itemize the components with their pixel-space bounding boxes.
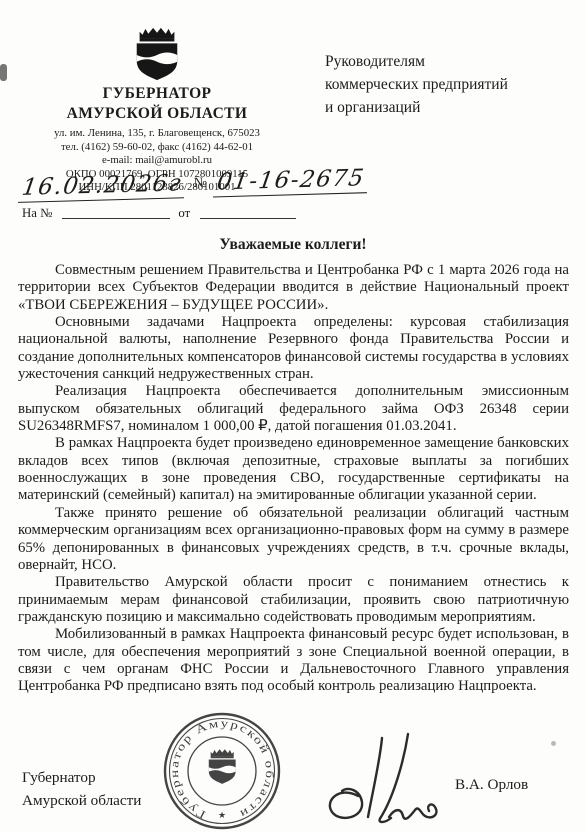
recipient-block: Руководителям коммерческих предприятий и… — [325, 50, 508, 119]
recipient-line: коммерческих предприятий — [325, 73, 508, 96]
official-stamp-icon: Губернатор Амурской области ★ — [156, 708, 288, 832]
salutation: Уважаемые коллеги! — [0, 236, 586, 254]
scanned-letter-page: ГУБЕРНАТОР АМУРСКОЙ ОБЛАСТИ ул. им. Лени… — [0, 0, 586, 832]
address-line: e-mail: mail@amurobl.ru — [18, 154, 296, 168]
stamp-coat-of-arms-icon — [209, 749, 236, 784]
signoff-position: Губернатор Амурской области — [22, 766, 141, 812]
reply-prefix: На № — [22, 206, 52, 220]
body-paragraph: Реализация Нацпроекта обеспечивается доп… — [18, 383, 569, 435]
recipient-line: Руководителям — [325, 50, 508, 73]
signer-name: В.А. Орлов — [455, 776, 528, 794]
body-paragraph: Мобилизованный в рамках Нацпроекта финан… — [18, 626, 569, 695]
stamp-star: ★ — [218, 810, 226, 820]
signoff-line: Амурской области — [22, 789, 141, 812]
handwritten-number: 01-16-2675 — [213, 165, 371, 197]
blank-underline — [200, 206, 296, 219]
reply-from-label: от — [178, 206, 190, 220]
body-paragraph: Правительство Амурской области просит с … — [18, 574, 569, 626]
body-paragraph: В рамках Нацпроекта будет произведено ед… — [18, 435, 569, 504]
letter-body: Совместным решением Правительства и Цент… — [18, 262, 569, 696]
recipient-line: и организаций — [325, 96, 508, 119]
coat-of-arms-icon — [128, 26, 186, 82]
signoff-line: Губернатор — [22, 766, 141, 789]
scan-artifact — [0, 64, 7, 81]
signature-icon — [318, 730, 468, 830]
blank-underline — [62, 206, 170, 219]
org-name-line2: АМУРСКОЙ ОБЛАСТИ — [18, 105, 296, 122]
handwritten-date: 16.02.2026г — [18, 170, 188, 203]
scan-artifact — [551, 741, 556, 746]
body-paragraph: Совместным решением Правительства и Цент… — [18, 262, 569, 314]
body-paragraph: Также принято решение об обязательной ре… — [18, 505, 569, 574]
address-line: ул. им. Ленина, 135, г. Благовещенск, 67… — [18, 127, 296, 141]
address-line: тел. (4162) 59-60-02, факс (4162) 44-62-… — [18, 141, 296, 155]
body-paragraph: Основными задачами Нацпроекта определены… — [18, 314, 569, 383]
number-sign: № — [194, 176, 208, 192]
org-name-line1: ГУБЕРНАТОР — [18, 85, 296, 102]
reply-ref-line: На №от — [22, 206, 296, 221]
